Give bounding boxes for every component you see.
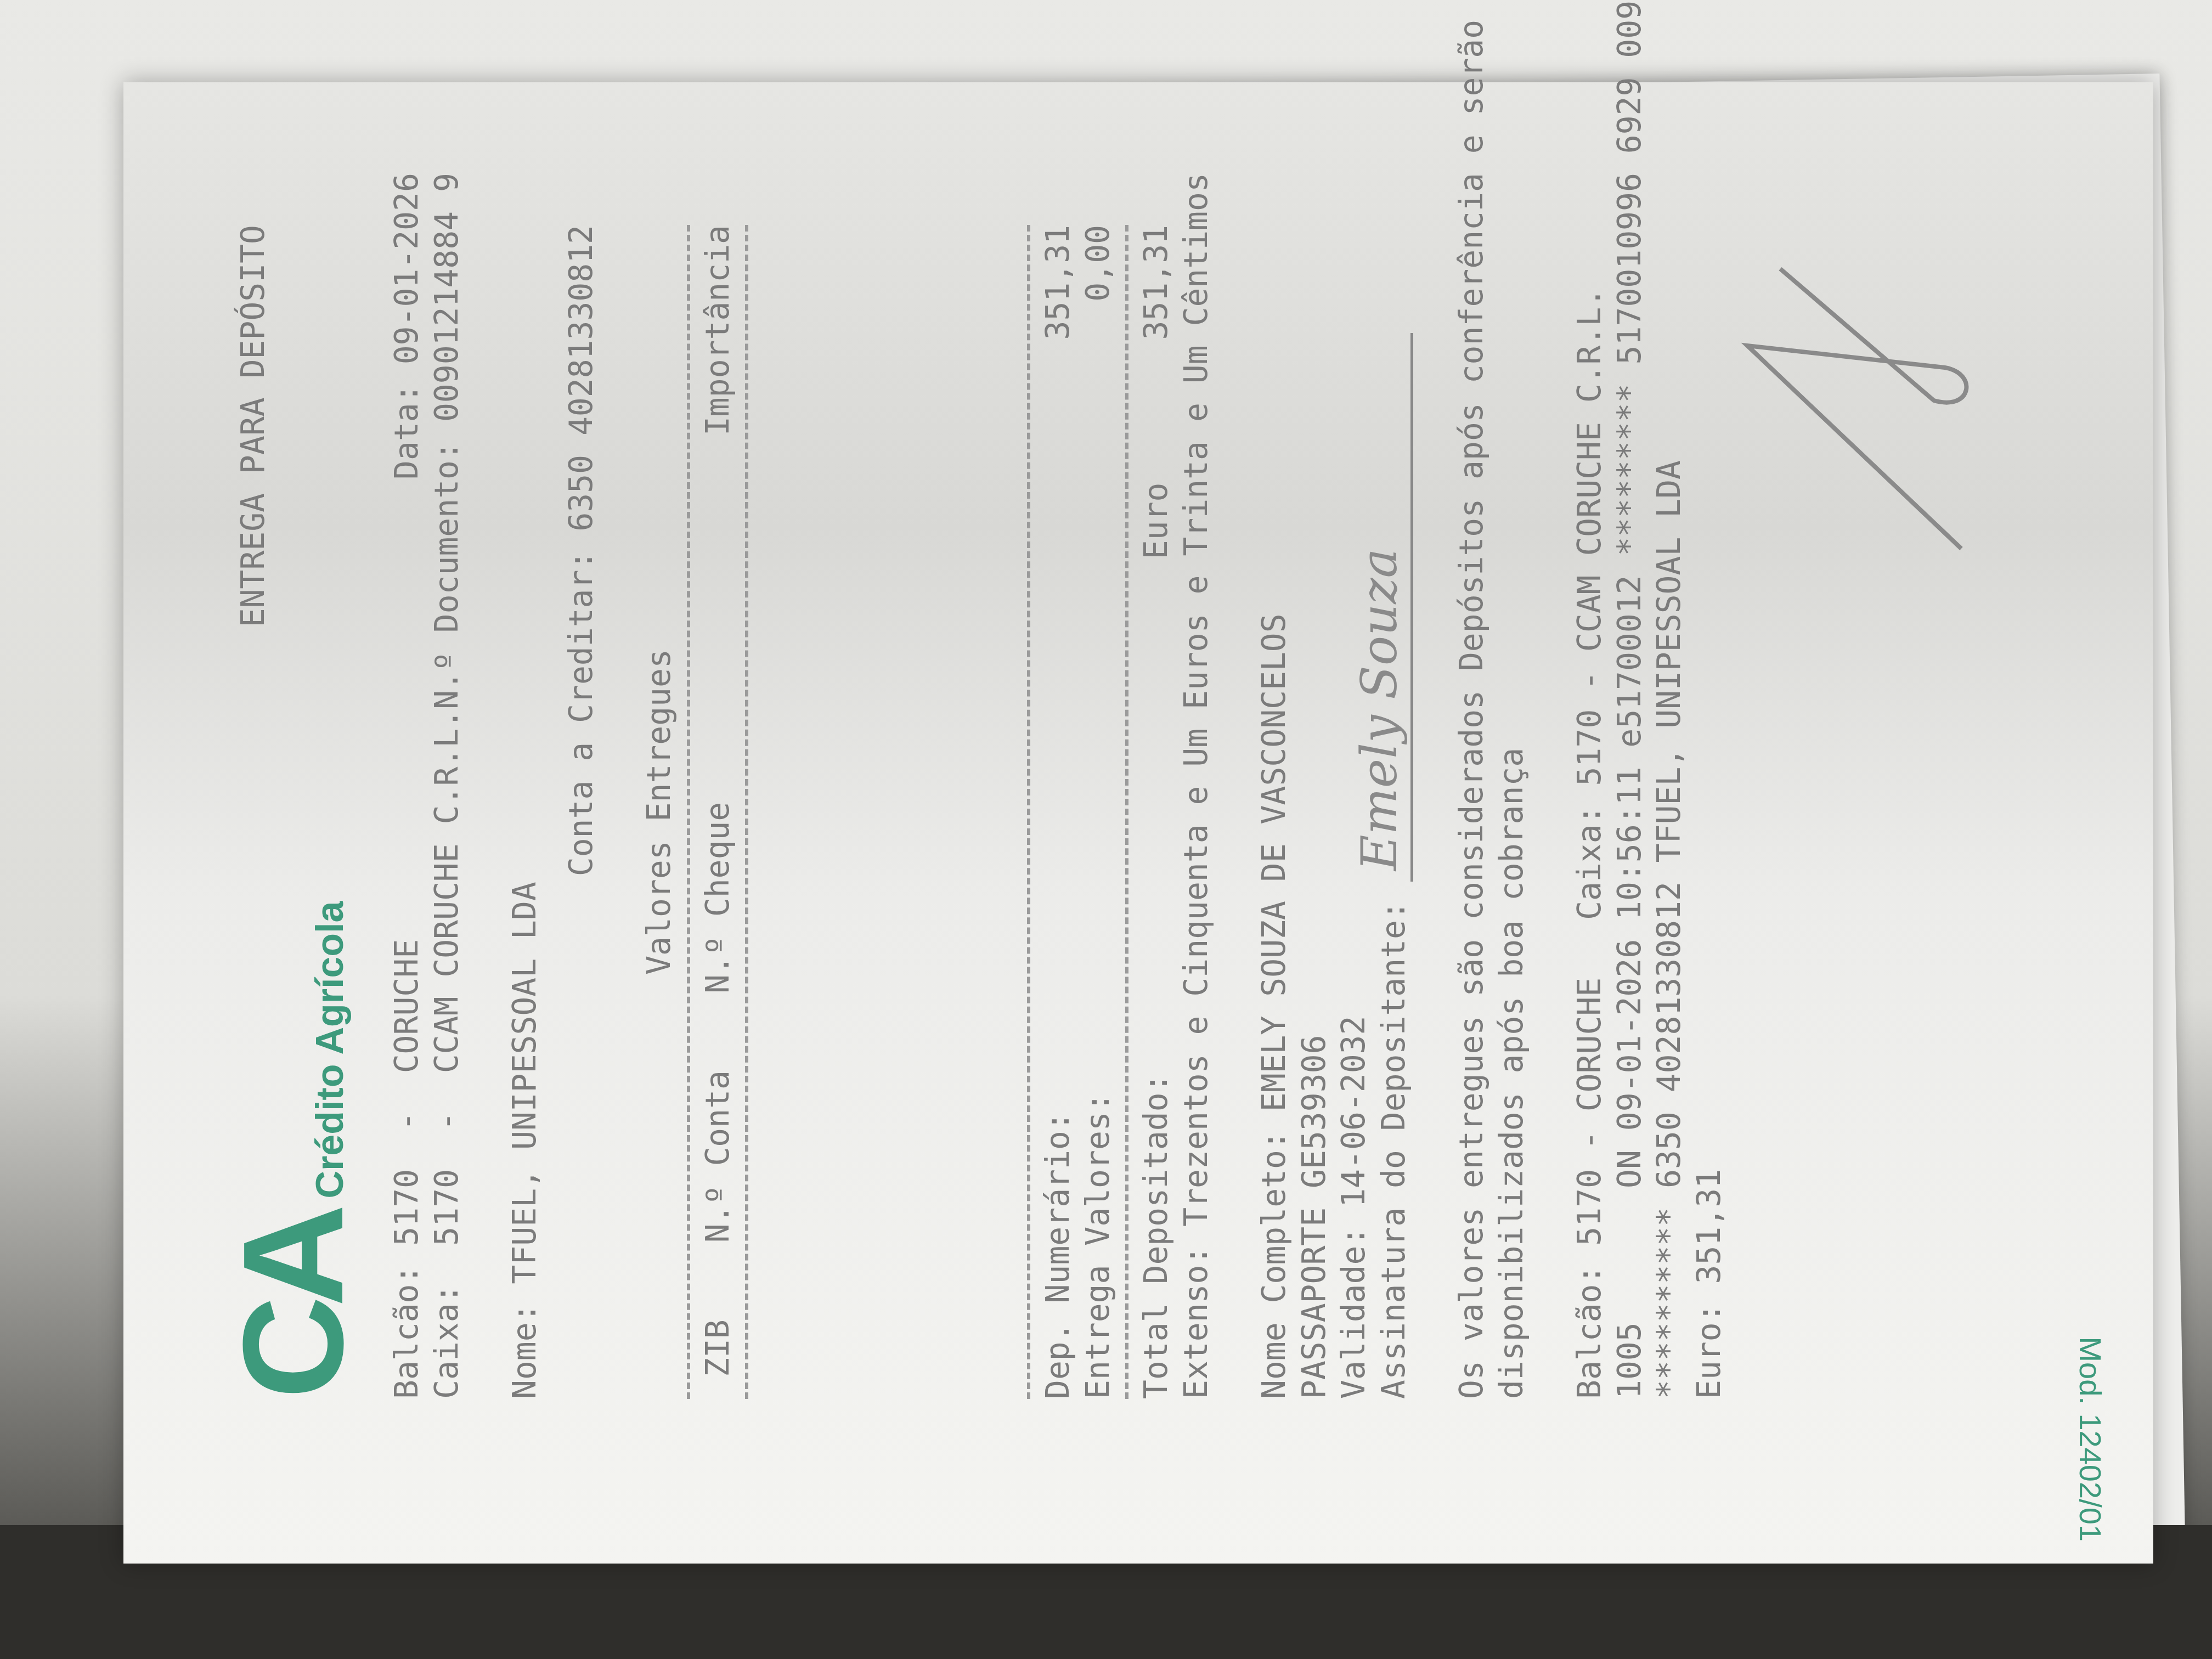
entrega-valores-row: Entrega Valores: 0,00 <box>1078 225 1118 1399</box>
teller-initials-icon <box>1714 247 1989 576</box>
signature-line: Emely Souza <box>1378 333 1413 882</box>
caixa-line: Caixa: 5170 - CCAM CORUCHE C.R.L. <box>427 709 467 1399</box>
doc-number-value: 00901214884 9 <box>428 173 465 422</box>
total-value: 351,31 <box>1136 225 1176 340</box>
dep-numerario-value: 351,31 <box>1038 225 1078 340</box>
notice-block: Os valores entregues são considerados De… <box>1452 225 1531 1399</box>
logo-mark-icon: CA <box>222 1215 365 1399</box>
nome-label: Nome: <box>506 1303 543 1399</box>
extenso-line: Extenso: Trezentos e Cinquenta e Um Euro… <box>1176 225 1216 1399</box>
balcao-line: Balcão: 5170 - CORUCHE <box>387 709 427 1399</box>
notice-line-1: Os valores entregues são considerados De… <box>1452 225 1492 1399</box>
col-importancia: Importância <box>698 225 738 436</box>
currency: Euro <box>1136 483 1176 560</box>
col-zib: ZIB <box>698 1319 738 1377</box>
col-conta: N.º Conta <box>698 1070 738 1243</box>
empty-table-body <box>756 225 1019 1399</box>
balcao-label: Balcão: <box>388 1265 425 1399</box>
conta-label: Conta a Creditar: <box>562 551 600 877</box>
col-cheque: N.º Cheque <box>698 802 738 994</box>
nome-line: Nome: TFUEL, UNIPESSOAL LDA <box>505 225 545 1399</box>
divider <box>1027 225 1030 1399</box>
date-line: Data: 09-01-2026 <box>387 173 427 709</box>
total-row: Total Depositado: Euro 351,31 <box>1136 225 1176 1399</box>
notice-line-2: disponibilizados após boa cobrança <box>1492 225 1532 1399</box>
entrega-valores-label: Entrega Valores: <box>1078 1092 1118 1399</box>
nome-completo-value: EMELY SOUZA DE VASCONCELOS <box>1255 613 1293 1111</box>
nome-value: TFUEL, UNIPESSOAL LDA <box>506 882 543 1284</box>
bank-name: Crédito Agrícola <box>306 901 365 1199</box>
divider <box>1125 225 1128 1399</box>
passport: PASSAPORTE GE539306 <box>1294 225 1334 1399</box>
receipt-wrapper: ENTREGA PARA DEPÓSITO CA Crédito Agrícol… <box>82 82 2194 1564</box>
entrega-valores-value: 0,00 <box>1078 225 1118 302</box>
caixa-label: Caixa: <box>428 1284 465 1399</box>
extenso-label: Extenso: <box>1177 1246 1215 1399</box>
valores-table-header: ZIB N.º Conta N.º Cheque Importância <box>698 225 738 1399</box>
footer-line-3: ********** 6350 40281330812 TFUEL, UNIPE… <box>1649 225 1689 1399</box>
header-block: Balcão: 5170 - CORUCHE Caixa: 5170 - CCA… <box>387 225 466 1399</box>
dep-numerario-label: Dep. Numerário: <box>1038 1111 1078 1399</box>
date-value: 09-01-2026 <box>388 173 425 364</box>
footer-line-1: Balcão: 5170 - CORUCHE Caixa: 5170 - CCA… <box>1570 225 1610 1399</box>
dep-numerario-row: Dep. Numerário: 351,31 <box>1038 225 1078 1399</box>
form-code: Mod. 12402/01 <box>2071 1336 2109 1542</box>
assinatura-label: Assinatura do Depositante: <box>1375 901 1412 1399</box>
divider <box>745 225 748 1399</box>
conta-value: 6350 40281330812 <box>562 225 600 532</box>
caixa-value: 5170 - CCAM CORUCHE C.R.L. <box>428 709 465 1246</box>
date-label: Data: <box>388 383 425 479</box>
bank-logo: CA Crédito Agrícola <box>222 225 365 1399</box>
doc-number-line: N.º Documento: 00901214884 9 <box>427 173 467 709</box>
valores-heading: Valores Entregues <box>639 225 679 1399</box>
divider <box>687 225 690 1399</box>
validade-value: 14-06-2032 <box>1335 1016 1372 1207</box>
depositor-block: Nome Completo: EMELY SOUZA DE VASCONCELO… <box>1254 225 1413 1399</box>
total-label: Total Depositado: <box>1136 1073 1176 1399</box>
nome-completo-label: Nome Completo: <box>1255 1131 1293 1399</box>
signature: Emely Souza <box>1349 549 1411 871</box>
validade-label: Validade: <box>1335 1227 1372 1399</box>
extenso-value: Trezentos e Cinquenta e Um Euros e Trint… <box>1177 173 1215 1227</box>
footer-line-2: 1005 ON 09-01-2026 10:56:11 e51700012 **… <box>1610 225 1650 1399</box>
conta-line: Conta a Creditar: 6350 40281330812 <box>561 225 601 1399</box>
balcao-value: 5170 - CORUCHE <box>388 939 425 1246</box>
footer-block: Balcão: 5170 - CORUCHE Caixa: 5170 - CCA… <box>1570 225 1729 1399</box>
deposit-receipt: ENTREGA PARA DEPÓSITO CA Crédito Agrícol… <box>123 82 2153 1564</box>
doc-number-label: N.º Documento: <box>428 441 465 709</box>
